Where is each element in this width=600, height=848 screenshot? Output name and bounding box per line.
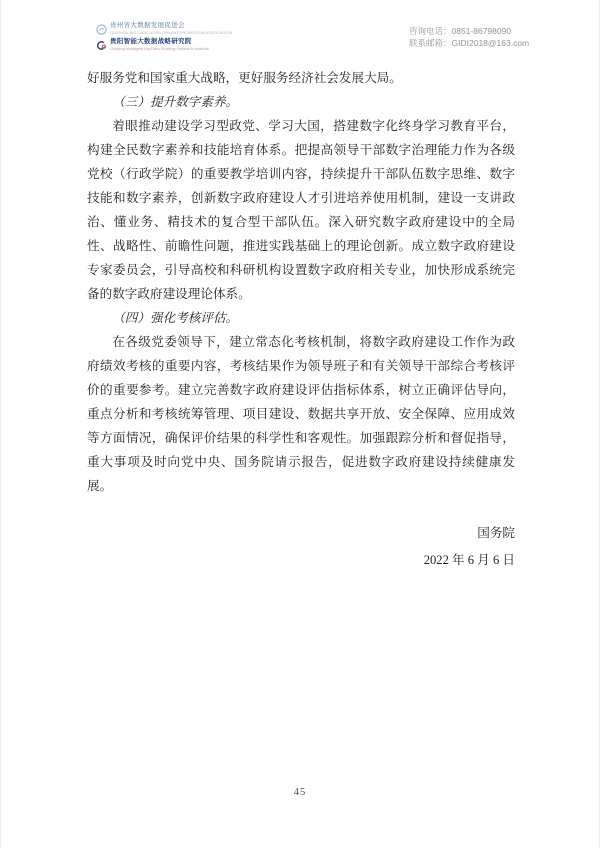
signature-signer: 国务院 [87,520,515,547]
logo-block: 贵州省大数据发展促进会 GUIZHOU BIG DATA DEVELOPMENT… [96,22,232,51]
email-label: 联系邮箱： [409,38,452,48]
contact-info: 咨询电话：0851-86798090 联系邮箱：GIDI2018@163.com [409,26,529,49]
paragraph-list: 好服务党和国家重大战略，更好服务经济社会发展大局。（三）提升数字素养。着眼推动建… [87,66,515,498]
phone-label: 咨询电话： [409,26,452,36]
body-paragraph: 着眼推动建设学习型政党、学习大国，搭建数字化终身学习教育平台，构建全民数字素养和… [87,114,515,306]
section-heading: （四）强化考核评估。 [87,306,515,330]
phone-number: 0851-86798090 [452,26,512,36]
institute-swirl-icon [96,38,107,49]
org2-caption: Guiyang Intelligent Big Data Strategy Re… [110,46,209,51]
section-heading: （三）提升数字素养。 [87,90,515,114]
signature-block: 国务院 2022 年 6 月 6 日 [87,520,515,574]
document-body: 好服务党和国家重大战略，更好服务经济社会发展大局。（三）提升数字素养。着眼推动建… [87,66,515,574]
contact-email-line: 联系邮箱：GIDI2018@163.com [409,38,529,50]
org1-name: 贵州省大数据发展促进会 [110,22,232,30]
body-paragraph: 好服务党和国家重大战略，更好服务经济社会发展大局。 [87,66,515,90]
institute-logo-row: 贵阳智能大数据战略研究院 Guiyang Intelligent Big Dat… [96,38,232,51]
email-address: GIDI2018@163.com [452,38,530,48]
page-number: 45 [294,787,307,798]
org1-caption: GUIZHOU BIG DATA DEVELOPMENT PROMOTION A… [110,30,232,35]
org2-name: 贵阳智能大数据战略研究院 [110,38,209,46]
document-page: 贵州省大数据发展促进会 GUIZHOU BIG DATA DEVELOPMENT… [0,0,600,848]
signature-date: 2022 年 6 月 6 日 [87,547,515,574]
body-paragraph: 在各级党委领导下，建立常态化考核机制，将数字政府建设工作作为政府绩效考核的重要内… [87,330,515,498]
association-logo-row: 贵州省大数据发展促进会 GUIZHOU BIG DATA DEVELOPMENT… [96,22,232,35]
contact-phone-line: 咨询电话：0851-86798090 [409,26,529,38]
page-footer: 45 [1,782,599,800]
association-emblem-icon [96,22,107,33]
